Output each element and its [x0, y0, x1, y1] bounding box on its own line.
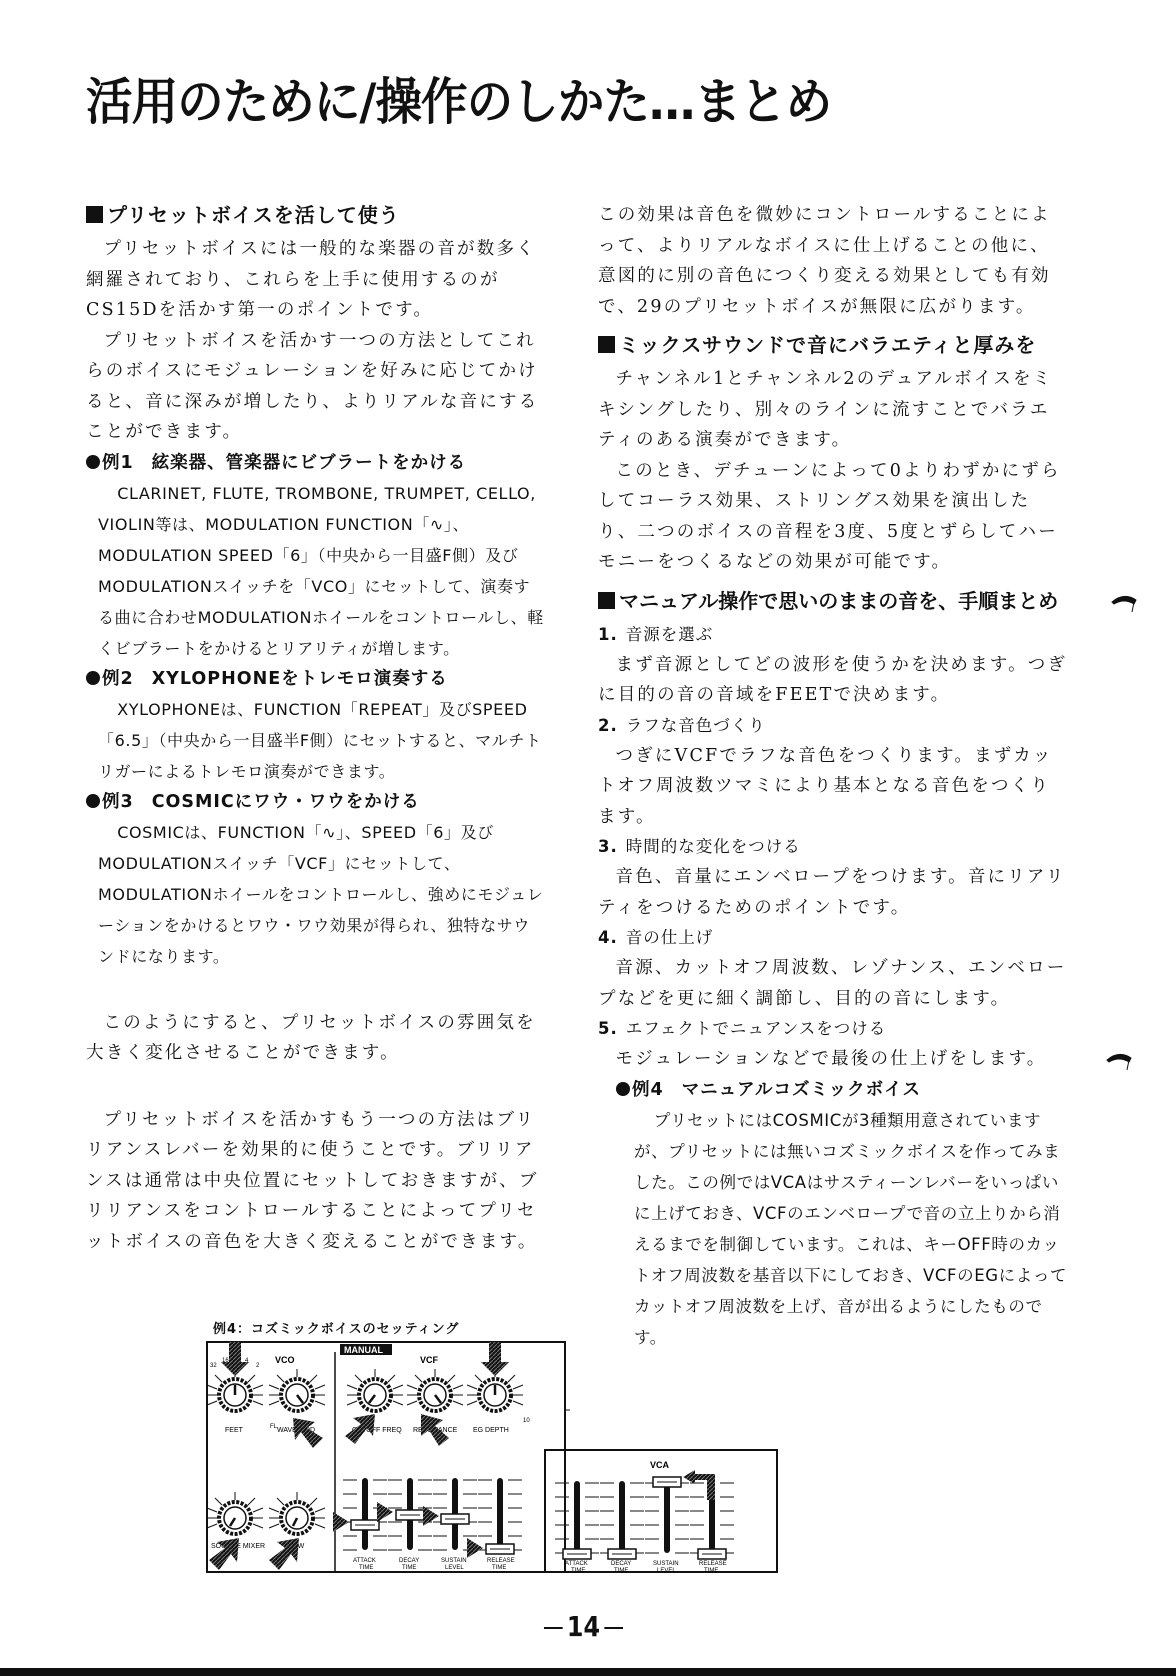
svg-text:2: 2: [256, 1363, 260, 1369]
svg-text:TIME: TIME: [614, 1568, 628, 1574]
section-heading-preset: プリセットボイスを活して使う: [86, 200, 546, 230]
step-heading-5: 5.エフェクトでニュアンスをつける: [598, 1014, 1068, 1044]
svg-text:TIME: TIME: [571, 1568, 585, 1574]
example-heading-3: 例3COSMICにワウ・ワウをかける: [86, 787, 546, 817]
svg-text:MANUAL: MANUAL: [344, 1345, 383, 1355]
left-column: プリセットボイスを活して使う プリセットボイスには一般的な楽器の音が数多く網羅さ…: [86, 200, 546, 1257]
paragraph: このようにすると、プリセットボイスの雰囲気を大きく変化させることができます。: [86, 1008, 546, 1069]
section-heading-manual: マニュアル操作で思いのままの音を、手順まとめ: [598, 586, 1068, 616]
right-column: この効果は音色を微妙にコントロールすることによって、よりリアルなボイスに仕上げる…: [598, 200, 1068, 1353]
example-heading-2: 例2XYLOPHONEをトレモロ演奏する: [86, 664, 546, 694]
step-heading-3: 3.時間的な変化をつける: [598, 832, 1068, 862]
example-body-4: プリセットにはCOSMICが3種類用意されていますが、プリセットには無いコズミッ…: [598, 1105, 1068, 1353]
step-body-5: モジュレーションなどで最後の仕上げをします。: [598, 1044, 1068, 1075]
step-body-4: 音源、カットオフ周波数、レゾナンス、エンベロープなどを更に細く調節し、目的の音に…: [598, 953, 1068, 1014]
circle-bullet-icon: [616, 1082, 630, 1096]
svg-text:TIME: TIME: [704, 1568, 718, 1574]
example-body-2: XYLOPHONEは、FUNCTION「REPEAT」及びSPEED「6.5」（…: [86, 694, 546, 787]
svg-text:10: 10: [523, 1418, 530, 1424]
svg-text:ATTACK: ATTACK: [565, 1561, 588, 1567]
square-bullet-icon: [598, 336, 615, 353]
arrow-icon: [481, 1342, 509, 1376]
svg-text:TIME: TIME: [402, 1565, 416, 1571]
step-body-2: つぎにVCFでラフな音色をつくります。まずカットオフ周波数ツマミにより基本となる…: [598, 741, 1068, 833]
page-number: 14: [540, 1610, 628, 1643]
arrow-icon: [345, 1414, 375, 1444]
arrow-icon: [293, 1418, 323, 1448]
step-body-1: まず音源としてどの波形を使うかを決めます。つぎに目的の音の音域をFEETで決めま…: [598, 650, 1068, 711]
section-heading-mix: ミックスサウンドで音にバラエティと厚みを: [598, 330, 1068, 360]
step-heading-4: 4.音の仕上げ: [598, 923, 1068, 953]
svg-text:FEET: FEET: [225, 1427, 244, 1434]
step-body-3: 音色、音量にエンベロープをつけます。音にリアリティをつけるためのポイントです。: [598, 862, 1068, 923]
square-bullet-icon: [86, 206, 103, 223]
svg-text:LEVEL: LEVEL: [445, 1565, 464, 1571]
circle-bullet-icon: [86, 455, 100, 469]
paragraph: プリセットボイスには一般的な楽器の音が数多く網羅されており、これらを上手に使用す…: [86, 234, 546, 326]
synth-panel-diagram: VCO VCF MANUAL VCA 3216842 FEET FL WAVE …: [205, 1340, 780, 1575]
svg-text:32: 32: [210, 1363, 217, 1369]
svg-text:VCF: VCF: [420, 1355, 439, 1365]
svg-text:VCA: VCA: [650, 1460, 670, 1470]
punch-hole-mark: [1110, 592, 1140, 614]
arrow-icon: [269, 1538, 299, 1570]
figure-caption: 例4：コズミックボイスのセッティング: [213, 1318, 459, 1337]
svg-text:RELEASE: RELEASE: [487, 1558, 515, 1564]
vco-label: VCO: [275, 1355, 295, 1365]
svg-text:LEVEL: LEVEL: [657, 1568, 676, 1574]
svg-text:EG DEPTH: EG DEPTH: [473, 1427, 509, 1434]
example-heading-4: 例4マニュアルコズミックボイス: [598, 1075, 1068, 1105]
circle-bullet-icon: [86, 794, 100, 808]
paragraph: このとき、デチューンによって0よりわずかにずらしてコーラス効果、ストリングス効果…: [598, 456, 1068, 578]
bottom-edge: [0, 1668, 1176, 1676]
step-heading-2: 2.ラフな音色づくり: [598, 711, 1068, 741]
paragraph: この効果は音色を微妙にコントロールすることによって、よりリアルなボイスに仕上げる…: [598, 200, 1068, 322]
step-heading-1: 1.音源を選ぶ: [598, 620, 1068, 650]
paragraph: プリセットボイスを活かす一つの方法としてこれらのボイスにモジュレーションを好みに…: [86, 326, 546, 448]
example-body-3: COSMICは、FUNCTION「∿」、SPEED「6」及びMODULATION…: [86, 817, 546, 972]
svg-text:SUSTAIN: SUSTAIN: [441, 1558, 467, 1564]
svg-text:SUSTAIN: SUSTAIN: [653, 1561, 679, 1567]
svg-text:TIME: TIME: [492, 1565, 506, 1571]
punch-hole-mark: [1105, 1050, 1135, 1072]
circle-bullet-icon: [86, 671, 100, 685]
page-title: 活用のために/操作のしかた…まとめ: [86, 62, 831, 134]
svg-text:TIME: TIME: [359, 1565, 373, 1571]
example-heading-1: 例1絃楽器、管楽器にビブラートをかける: [86, 448, 546, 478]
paragraph: チャンネル1とチャンネル2のデュアルボイスをミキシングしたり、別々のラインに流す…: [598, 364, 1068, 456]
paragraph: プリセットボイスを活かすもう一つの方法はブリリアンスレバーを効果的に使うことです…: [86, 1105, 546, 1258]
square-bullet-icon: [598, 592, 615, 609]
svg-text:DECAY: DECAY: [399, 1558, 419, 1564]
svg-text:RELEASE: RELEASE: [699, 1561, 727, 1567]
svg-text:DECAY: DECAY: [611, 1561, 631, 1567]
example-body-1: CLARINET, FLUTE, TROMBONE, TRUMPET, CELL…: [86, 478, 546, 664]
svg-text:ATTACK: ATTACK: [353, 1558, 376, 1564]
